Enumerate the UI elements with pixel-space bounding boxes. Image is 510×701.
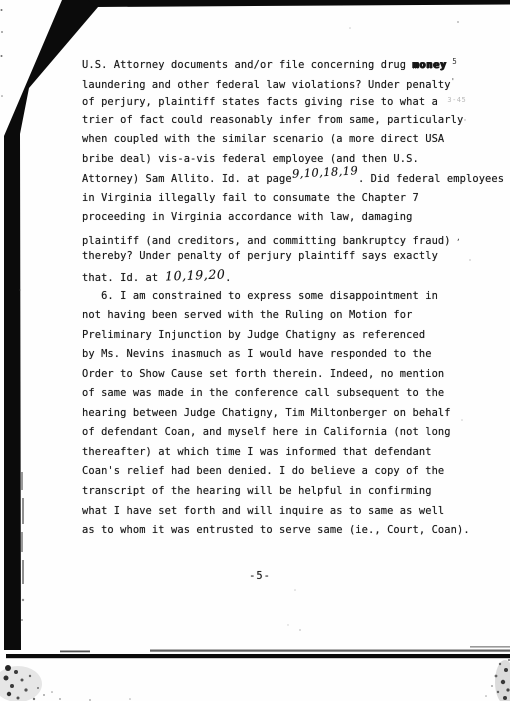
text-line: trier of fact could reasonably infer fro…	[82, 111, 482, 131]
text-line: thereafter) at which time I was informed…	[82, 443, 482, 463]
text-line: Coan's relief had been denied. I do beli…	[82, 462, 482, 482]
typewritten-text: 6. I am constrained to express some disa…	[82, 290, 438, 302]
text-line: U.S. Attorney documents and/or file conc…	[82, 52, 482, 72]
typewritten-text: Attorney) Sam Allito. Id. at page	[82, 173, 292, 185]
scan-left-bar-noise	[21, 472, 24, 621]
typewritten-text: thereafter) at which time I was informed…	[82, 446, 432, 458]
text-line: in Virginia illegally fail to consumate …	[82, 189, 482, 209]
typewritten-text: trier of fact could reasonably infer fro…	[82, 114, 463, 126]
typewritten-text: plaintiff (and creditors, and committing…	[82, 235, 451, 247]
typewritten-text: . Did federal employees	[358, 173, 504, 185]
overstruck-word: money	[413, 59, 447, 71]
typewritten-text: as to whom it was entrusted to serve sam…	[82, 524, 470, 536]
typewritten-text: bribe deal) vis-a-vis federal employee (…	[82, 153, 419, 165]
text-line: bribe deal) vis-a-vis federal employee (…	[82, 150, 482, 170]
text-line: what I have set forth and will inquire a…	[82, 502, 482, 522]
text-line: when coupled with the similar scenario (…	[82, 130, 482, 150]
text-line: transcript of the hearing will be helpfu…	[82, 482, 482, 502]
scan-top-edge-line	[88, 0, 510, 7]
text-line: plaintiff (and creditors, and committing…	[82, 228, 482, 248]
text-line: Attorney) Sam Allito. Id. at page9,10,18…	[82, 169, 482, 189]
typewritten-text: laundering and other federal law violati…	[82, 79, 451, 91]
faint-pencil-mark: 3-45	[438, 96, 466, 104]
handwritten-page-refs: 9,10,18,19	[291, 162, 358, 185]
text-line: thereby? Under penalty of perjury plaint…	[82, 247, 482, 267]
text-line: that. Id. at 10,19,20.	[82, 267, 482, 287]
text-line: of defendant Coan, and myself here in Ca…	[82, 423, 482, 443]
scan-bottom-left-speckle	[0, 665, 131, 701]
text-line: laundering and other federal law violati…	[82, 72, 482, 92]
typewritten-text: of perjury, plaintiff states facts givin…	[82, 96, 438, 108]
typewritten-text: proceeding in Virginia accordance with l…	[82, 211, 413, 223]
typewritten-text: Order to Show Cause set forth therein. I…	[82, 368, 444, 380]
stray-ink-mark: 5	[447, 57, 458, 66]
typewritten-text: in Virginia illegally fail to consumate …	[82, 192, 419, 204]
scanned-document-page: U.S. Attorney documents and/or file conc…	[0, 0, 510, 701]
typewritten-text: hearing between Judge Chatigny, Tim Milt…	[82, 407, 451, 419]
page-number: -5-	[236, 566, 284, 586]
text-line: Order to Show Cause set forth therein. I…	[82, 365, 482, 385]
typewritten-text: Preliminary Injunction by Judge Chatigny…	[82, 329, 425, 341]
text-line: as to whom it was entrusted to serve sam…	[82, 521, 482, 541]
typewritten-text: .	[225, 272, 231, 284]
text-line: by Ms. Nevins inasmuch as I would have r…	[82, 345, 482, 365]
handwritten-annotation: 10,19,20	[164, 264, 225, 286]
typewritten-text: thereby? Under penalty of perjury plaint…	[82, 250, 438, 262]
typewritten-text: when coupled with the similar scenario (…	[82, 133, 444, 145]
text-line: not having been served with the Ruling o…	[82, 306, 482, 326]
typewritten-text: transcript of the hearing will be helpfu…	[82, 485, 432, 497]
text-line: Preliminary Injunction by Judge Chatigny…	[82, 326, 482, 346]
typewritten-text-block: U.S. Attorney documents and/or file conc…	[82, 52, 482, 541]
stray-ink-mark: '	[451, 77, 457, 86]
typewritten-text: of same was made in the conference call …	[82, 387, 444, 399]
text-line: hearing between Judge Chatigny, Tim Milt…	[82, 404, 482, 424]
typewritten-text: what I have set forth and will inquire a…	[82, 505, 444, 517]
typewritten-text: not having been served with the Ruling o…	[82, 309, 413, 321]
scan-bottom-right-speckle	[485, 659, 510, 701]
typewritten-text: Coan's relief had been denied. I do beli…	[82, 465, 444, 477]
typewritten-text: U.S. Attorney documents and/or file conc…	[82, 59, 413, 71]
typewritten-text: of defendant Coan, and myself here in Ca…	[82, 426, 451, 438]
scan-bottom-edge-line	[6, 646, 510, 658]
typewritten-text: that. Id. at	[82, 272, 165, 284]
stray-ink-mark: ,	[451, 233, 462, 242]
text-line: of same was made in the conference call …	[82, 384, 482, 404]
text-line: proceeding in Virginia accordance with l…	[82, 208, 482, 228]
typewritten-text: by Ms. Nevins inasmuch as I would have r…	[82, 348, 432, 360]
text-line: of perjury, plaintiff states facts givin…	[82, 91, 482, 111]
text-line: 6. I am constrained to express some disa…	[82, 287, 482, 307]
